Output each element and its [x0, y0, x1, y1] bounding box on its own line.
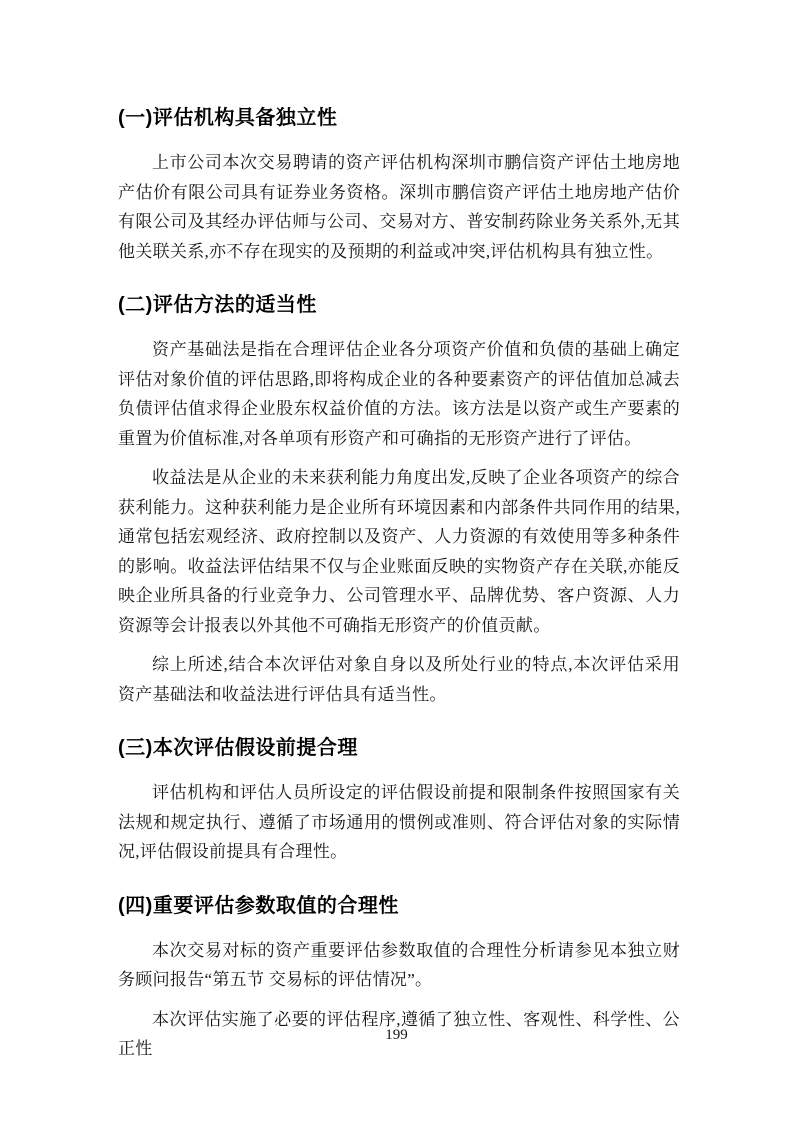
section-3-paragraph-1: 评估机构和评估人员所设定的评估假设前提和限制条件按照国家有关法规和规定执行、遵循…: [118, 778, 680, 867]
section-2-paragraph-1: 资产基础法是指在合理评估企业各分项资产价值和负债的基础上确定评估对象价值的评估思…: [118, 335, 680, 453]
section-heading-4: (四)重要评估参数取值的合理性: [118, 891, 680, 921]
section-heading-2: (二)评估方法的适当性: [118, 290, 680, 320]
page-number: 199: [0, 1025, 793, 1045]
document-content: (一)评估机构具备独立性 上市公司本次交易聘请的资产评估机构深圳市鹏信资产评估土…: [118, 0, 680, 1064]
document-page: (一)评估机构具备独立性 上市公司本次交易聘请的资产评估机构深圳市鹏信资产评估土…: [0, 0, 793, 1122]
section-1-paragraph-1: 上市公司本次交易聘请的资产评估机构深圳市鹏信资产评估土地房地产估价有限公司具有证…: [118, 148, 680, 266]
section-heading-3: (三)本次评估假设前提合理: [118, 733, 680, 763]
section-2-paragraph-2: 收益法是从企业的未来获利能力角度出发,反映了企业各项资产的综合获利能力。这种获利…: [118, 463, 680, 640]
section-4-paragraph-1: 本次交易对标的资产重要评估参数取值的合理性分析请参见本独立财务顾问报告“第五节 …: [118, 936, 680, 995]
section-heading-1: (一)评估机构具备独立性: [118, 103, 680, 133]
section-2-paragraph-3: 综上所述,结合本次评估对象自身以及所处行业的特点,本次评估采用资产基础法和收益法…: [118, 650, 680, 709]
